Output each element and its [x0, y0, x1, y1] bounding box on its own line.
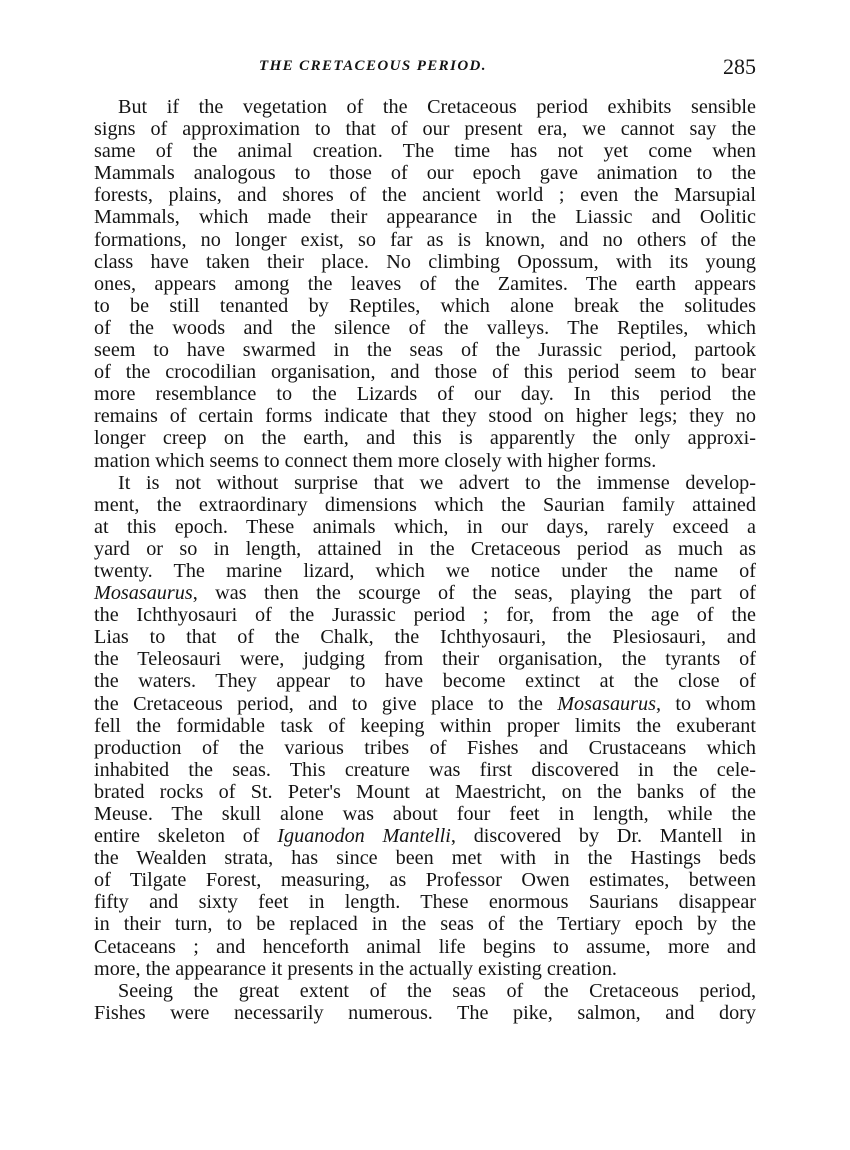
- text-line: Lias to that of the Chalk, the Ichthyosa…: [94, 626, 756, 648]
- text-line: fell the formidable task of keeping with…: [94, 715, 756, 737]
- text-line: It is not without surprise that we adver…: [94, 472, 756, 494]
- text-line: more, the appearance it presents in the …: [94, 958, 756, 980]
- paragraph: But if the vegetation of the Cretaceous …: [94, 96, 756, 472]
- text-line: Cetaceans ; and henceforth animal life b…: [94, 936, 756, 958]
- text-line: production of the various tribes of Fish…: [94, 737, 756, 759]
- text-line: class have taken their place. No climbin…: [94, 251, 756, 273]
- text-line: Mammals analogous to those of our epoch …: [94, 162, 756, 184]
- text-line: formations, no longer exist, so far as i…: [94, 229, 756, 251]
- text-line: more resemblance to the Lizards of our d…: [94, 383, 756, 405]
- text-line: forests, plains, and shores of the ancie…: [94, 184, 756, 206]
- text-line: the waters. They appear to have become e…: [94, 670, 756, 692]
- text-line: But if the vegetation of the Cretaceous …: [94, 96, 756, 118]
- text-line: Mosasaurus, was then the scourge of the …: [94, 582, 756, 604]
- page-number: 285: [723, 54, 756, 80]
- text-line: the Wealden strata, has since been met w…: [94, 847, 756, 869]
- text-line: Fishes were necessarily numerous. The pi…: [94, 1002, 756, 1024]
- text-line: inhabited the seas. This creature was fi…: [94, 759, 756, 781]
- text-line: the Ichthyosauri of the Jurassic period …: [94, 604, 756, 626]
- text-line: the Cretaceous period, and to give place…: [94, 693, 756, 715]
- paragraph: It is not without surprise that we adver…: [94, 472, 756, 980]
- text-line: fifty and sixty feet in length. These en…: [94, 891, 756, 913]
- paragraph: Seeing the great extent of the seas of t…: [94, 980, 756, 1024]
- running-head: THE CRETACEOUS PERIOD. 285: [94, 56, 756, 86]
- book-page: THE CRETACEOUS PERIOD. 285 But if the ve…: [94, 56, 756, 1024]
- text-line: ones, appears among the leaves of the Za…: [94, 273, 756, 295]
- text-line: Mammals, which made their appearance in …: [94, 206, 756, 228]
- text-line: Meuse. The skull alone was about four fe…: [94, 803, 756, 825]
- text-line: ment, the extraordinary dimensions which…: [94, 494, 756, 516]
- italic-taxon-name: Mosasaurus: [557, 693, 656, 715]
- text-line: of the crocodilian organisation, and tho…: [94, 361, 756, 383]
- text-line: the Teleosauri were, judging from their …: [94, 648, 756, 670]
- text-line: in their turn, to be replaced in the sea…: [94, 913, 756, 935]
- italic-taxon-name: Mosasaurus: [94, 582, 193, 604]
- running-title: THE CRETACEOUS PERIOD.: [259, 58, 487, 75]
- text-line: twenty. The marine lizard, which we noti…: [94, 560, 756, 582]
- text-line: Seeing the great extent of the seas of t…: [94, 980, 756, 1002]
- text-line: seem to have swarmed in the seas of the …: [94, 339, 756, 361]
- italic-taxon-name: Iguanodon Mantelli: [277, 825, 451, 847]
- body-text: But if the vegetation of the Cretaceous …: [94, 96, 756, 1024]
- text-line: entire skeleton of Iguanodon Mantelli, d…: [94, 825, 756, 847]
- text-line: mation which seems to connect them more …: [94, 450, 756, 472]
- text-line: of the woods and the silence of the vall…: [94, 317, 756, 339]
- text-line: of Tilgate Forest, measuring, as Profess…: [94, 869, 756, 891]
- text-line: brated rocks of St. Peter's Mount at Mae…: [94, 781, 756, 803]
- text-line: at this epoch. These animals which, in o…: [94, 516, 756, 538]
- text-line: signs of approximation to that of our pr…: [94, 118, 756, 140]
- text-line: same of the animal creation. The time ha…: [94, 140, 756, 162]
- text-line: remains of certain forms indicate that t…: [94, 405, 756, 427]
- text-line: longer creep on the earth, and this is a…: [94, 427, 756, 449]
- text-line: to be still tenanted by Reptiles, which …: [94, 295, 756, 317]
- text-line: yard or so in length, attained in the Cr…: [94, 538, 756, 560]
